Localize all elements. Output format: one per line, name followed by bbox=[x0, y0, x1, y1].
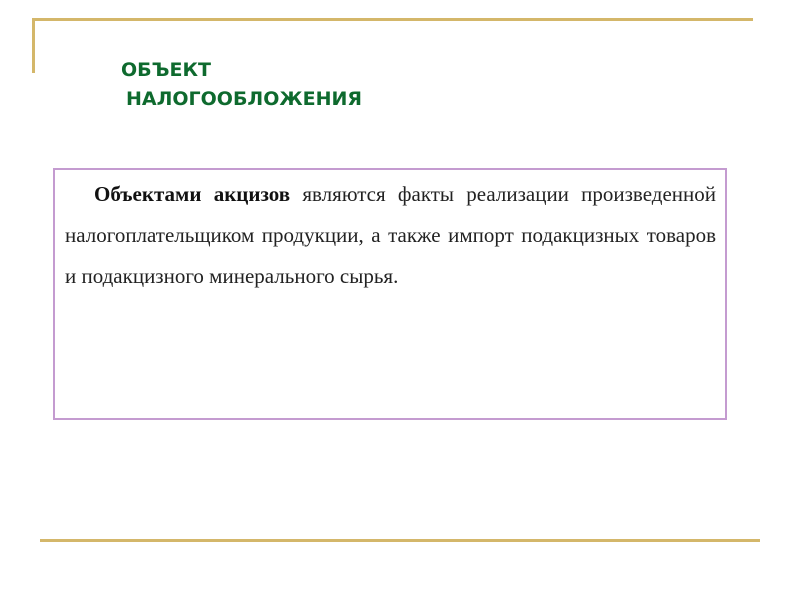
body-paragraph: Объектами акцизов являются факты реализа… bbox=[65, 174, 716, 297]
content-box: Объектами акцизов являются факты реализа… bbox=[53, 168, 727, 420]
slide-title-line-2: НАЛОГООБЛОЖЕНИЯ bbox=[126, 90, 362, 109]
top-frame-line bbox=[33, 18, 753, 21]
bottom-frame-line bbox=[40, 539, 760, 542]
body-bold-lead: Объектами акцизов bbox=[94, 182, 290, 206]
slide-title-line-1: ОБЪЕКТ bbox=[121, 61, 211, 80]
left-frame-line bbox=[32, 18, 35, 73]
